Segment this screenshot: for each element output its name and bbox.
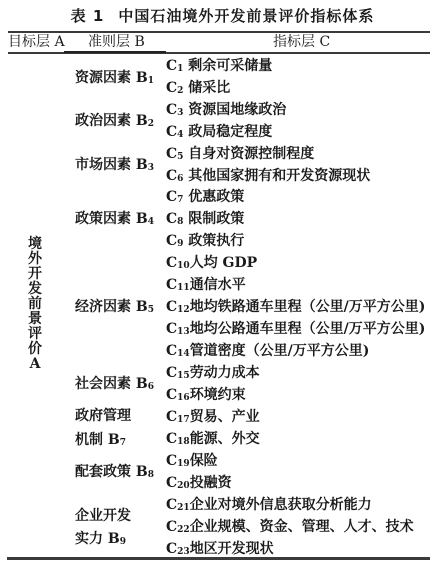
goal-char: 景 xyxy=(27,312,43,327)
indicator-row: C14管道密度（公里/万平方公里) xyxy=(166,343,369,362)
indicator-row: C10人均 GDP xyxy=(166,255,257,274)
indicator-row: C18能源、外交 xyxy=(166,431,260,450)
header-indicator-layer: 指标层 C xyxy=(273,34,330,51)
top-rule xyxy=(8,31,430,33)
table-title: 表 1中国石油境外开发前景评价指标体系 xyxy=(0,5,445,26)
goal-char: 境 xyxy=(27,237,43,252)
criteria-cell: 资源因素 B1 xyxy=(75,70,154,89)
indicator-row: C8 限制政策 xyxy=(166,211,244,230)
criteria-cell: 经济因素 B5 xyxy=(75,299,154,318)
indicator-row: C3 资源国地缘政治 xyxy=(166,102,286,121)
goal-char: 开 xyxy=(27,267,43,282)
goal-char: 外 xyxy=(27,252,43,267)
indicator-row: C17贸易、产业 xyxy=(166,409,260,428)
indicator-row: C6 其他国家拥有和开发资源现状 xyxy=(166,168,370,187)
goal-char: 价 xyxy=(27,342,43,357)
indicator-row: C9 政策执行 xyxy=(166,233,244,252)
indicator-row: C1 剩余可采储量 xyxy=(166,58,272,77)
criteria-cell-line1: 政府管理 xyxy=(75,408,131,424)
header-criteria-layer: 准则层 B xyxy=(88,34,145,51)
indicator-row: C21企业对境外信息获取分析能力 xyxy=(166,497,372,516)
criteria-cell-line1: 企业开发 xyxy=(75,508,131,524)
header-rule-segment xyxy=(64,51,166,53)
goal-char: 评 xyxy=(27,327,43,342)
goal-char: 前 xyxy=(27,297,43,312)
indicator-row: C15劳动力成本 xyxy=(166,365,260,384)
criteria-cell: 市场因素 B3 xyxy=(75,157,154,176)
indicator-row: C11通信水平 xyxy=(166,277,246,296)
indicator-row: C16环境约束 xyxy=(166,387,246,406)
indicator-row: C7 优惠政策 xyxy=(166,189,244,208)
indicator-row: C20投融资 xyxy=(166,475,232,494)
indicator-row: C22企业规模、资金、管理、人才、技术 xyxy=(166,519,414,538)
indicator-row: C4 政局稳定程度 xyxy=(166,124,272,143)
indicator-row: C23地区开发现状 xyxy=(166,541,274,560)
indicator-row: C12地均铁路通车里程（公里/万平方公里) xyxy=(166,299,425,318)
criteria-cell: 实力 B9 xyxy=(75,531,126,550)
header-goal-layer: 目标层 A xyxy=(8,34,65,51)
indicator-row: C2 储采比 xyxy=(166,80,230,99)
table-caption: 中国石油境外开发前景评价指标体系 xyxy=(118,7,374,25)
indicator-row: C13地均公路通车里程（公里/万平方公里) xyxy=(166,321,425,340)
criteria-cell: 机制 B7 xyxy=(75,432,126,451)
goal-char: A xyxy=(27,357,43,372)
criteria-cell: 社会因素 B6 xyxy=(75,376,154,395)
indicator-row: C19保险 xyxy=(166,453,218,472)
criteria-cell: 政策因素 B4 xyxy=(75,211,154,230)
goal-char: 发 xyxy=(27,282,43,297)
goal-cell: 境 外 开 发 前 景 评 价 A xyxy=(27,237,43,372)
indicator-row: C5 自身对资源控制程度 xyxy=(166,146,314,165)
table-number: 表 1 xyxy=(71,7,105,25)
criteria-cell: 政治因素 B2 xyxy=(75,113,154,132)
criteria-cell: 配套政策 B8 xyxy=(75,464,154,483)
